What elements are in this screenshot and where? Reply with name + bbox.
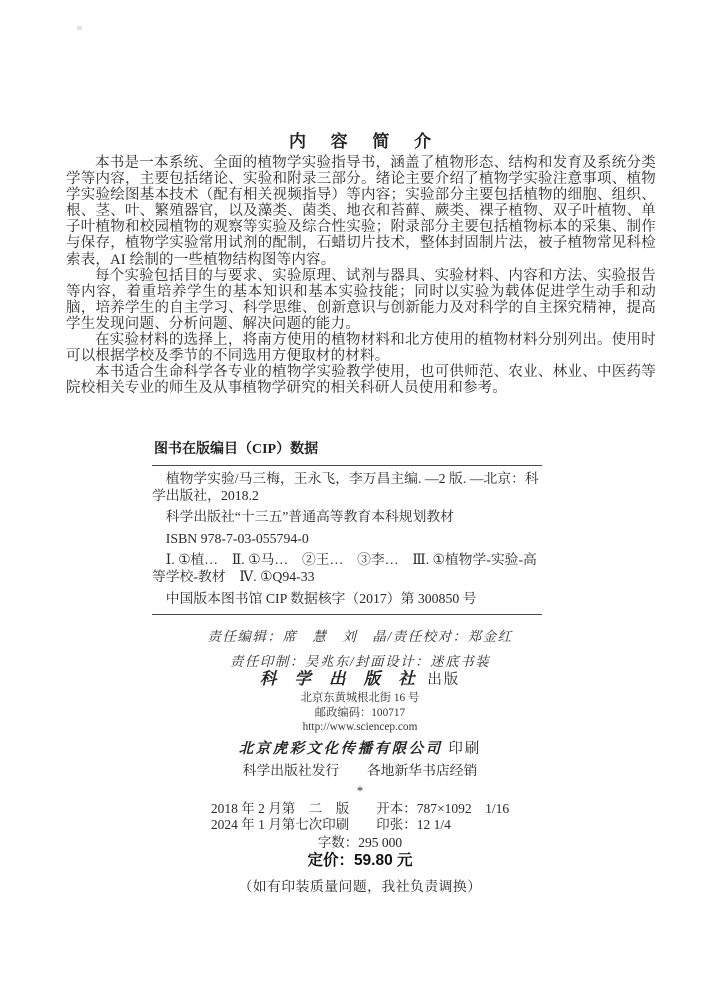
summary-paragraph: 每个实验包括目的与要求、实验原理、试剂与器具、实验材料、内容和方法、实验报告等内… — [66, 268, 656, 332]
price-line: 定价：59.80 元 — [0, 852, 720, 870]
publisher-website: http://www.sciencep.com — [0, 720, 720, 735]
exchange-notice: （如有印装质量问题，我社负责调换） — [0, 879, 720, 895]
printer-logotype: 北京虎彩文化传播有限公司 — [239, 741, 443, 757]
cip-classification-line: Ⅰ. ①植… Ⅱ. ①马… ②王… ③李… Ⅲ. ①植物学-实验-高等学校-教材… — [152, 552, 542, 585]
divider-star: * — [0, 783, 720, 798]
publisher-line: 科 学 出 版 社 出版 — [0, 668, 720, 691]
editor-credit-line: 责任编辑：席 慧 刘 晶/责任校对：郑金红 — [0, 624, 720, 649]
cip-heading: 图书在版编目（CIP）数据 — [154, 438, 542, 458]
edition-info: 2018 年 2 月第 二 版 开本：787×1092 1/16 2024 年 … — [0, 798, 720, 834]
summary-paragraph: 本书适合生命科学各专业的植物学实验教学使用，也可供师范、农业、林业、中医药等院校… — [66, 364, 656, 396]
printer-suffix: 印刷 — [443, 741, 482, 757]
edition-line: 2018 年 2 月第 二 版 开本：787×1092 1/16 — [211, 801, 509, 817]
edition-block: 2018 年 2 月第 二 版 开本：787×1092 1/16 2024 年 … — [211, 801, 509, 833]
cip-isbn-line: ISBN 978-7-03-055794-0 — [152, 531, 542, 548]
cip-title-line: 植物学实验/马三梅，王永飞，李万昌主编. —2 版. —北京：科学出版社，201… — [152, 471, 542, 504]
summary-paragraph: 本书是一本系统、全面的植物学实验指导书，涵盖了植物形态、结构和发育及系统分类学等… — [66, 155, 656, 268]
page-title: 内 容 简 介 — [0, 127, 720, 152]
impression-line: 2024 年 1 月第七次印刷 印张：12 1/4 — [211, 817, 509, 833]
colophon: 科 学 出 版 社 出版 北京东黄城根北街 16 号 邮政编码：100717 h… — [0, 668, 720, 895]
cip-data-block: 图书在版编目（CIP）数据 植物学实验/马三梅，王永飞，李万昌主编. —2 版.… — [152, 438, 542, 615]
scan-artifact-speck — [77, 26, 82, 30]
cip-body: 植物学实验/马三梅，王永飞，李万昌主编. —2 版. —北京：科学出版社，201… — [152, 466, 542, 614]
cip-registry-line: 中国版本图书馆 CIP 数据核字（2017）第 300850 号 — [152, 591, 542, 608]
staff-credits: 责任编辑：席 慧 刘 晶/责任校对：郑金红 责任印制：吴兆东/封面设计：迷底书装 — [0, 624, 720, 674]
printer-line: 北京虎彩文化传播有限公司 印刷 — [0, 739, 720, 759]
publisher-address: 北京东黄城根北街 16 号 — [0, 691, 720, 706]
publisher-suffix: 出版 — [422, 672, 461, 688]
publisher-logotype: 科 学 出 版 社 — [260, 669, 422, 688]
book-copyright-page: 内 容 简 介 本书是一本系统、全面的植物学实验指导书，涵盖了植物形态、结构和发… — [0, 0, 720, 1000]
cip-series-line: 科学出版社“十三五”普通高等教育本科规划教材 — [152, 509, 542, 526]
distribution-line: 科学出版社发行 各地新华书店经销 — [0, 761, 720, 781]
word-count-line: 字数：295 000 — [0, 835, 720, 851]
publisher-postcode: 邮政编码：100717 — [0, 706, 720, 721]
cip-bottom-rule — [152, 614, 542, 615]
summary-paragraph: 在实验材料的选择上，将南方使用的植物材料和北方使用的植物材料分别列出。使用时可以… — [66, 332, 656, 364]
content-summary: 本书是一本系统、全面的植物学实验指导书，涵盖了植物形态、结构和发育及系统分类学等… — [66, 155, 656, 396]
